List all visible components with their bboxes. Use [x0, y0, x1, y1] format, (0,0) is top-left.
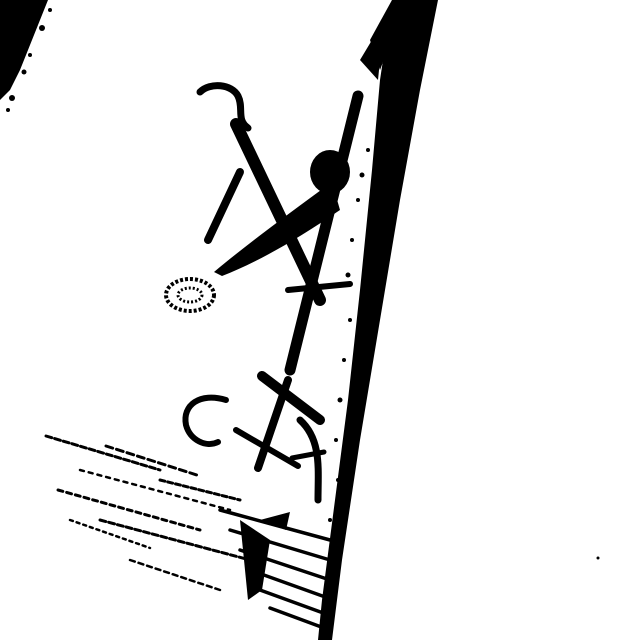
top-left-ink-smudge	[0, 0, 52, 112]
ink-drawing-illustration	[0, 0, 640, 640]
lower-figure-strokes	[185, 376, 324, 500]
stray-speck	[597, 557, 600, 560]
dark-diagonal-band	[318, 0, 438, 640]
upper-figure-strokes	[200, 86, 358, 370]
scanned-ink-drawing	[0, 0, 640, 640]
stippled-oval	[166, 279, 214, 311]
hatched-lines	[46, 436, 330, 628]
